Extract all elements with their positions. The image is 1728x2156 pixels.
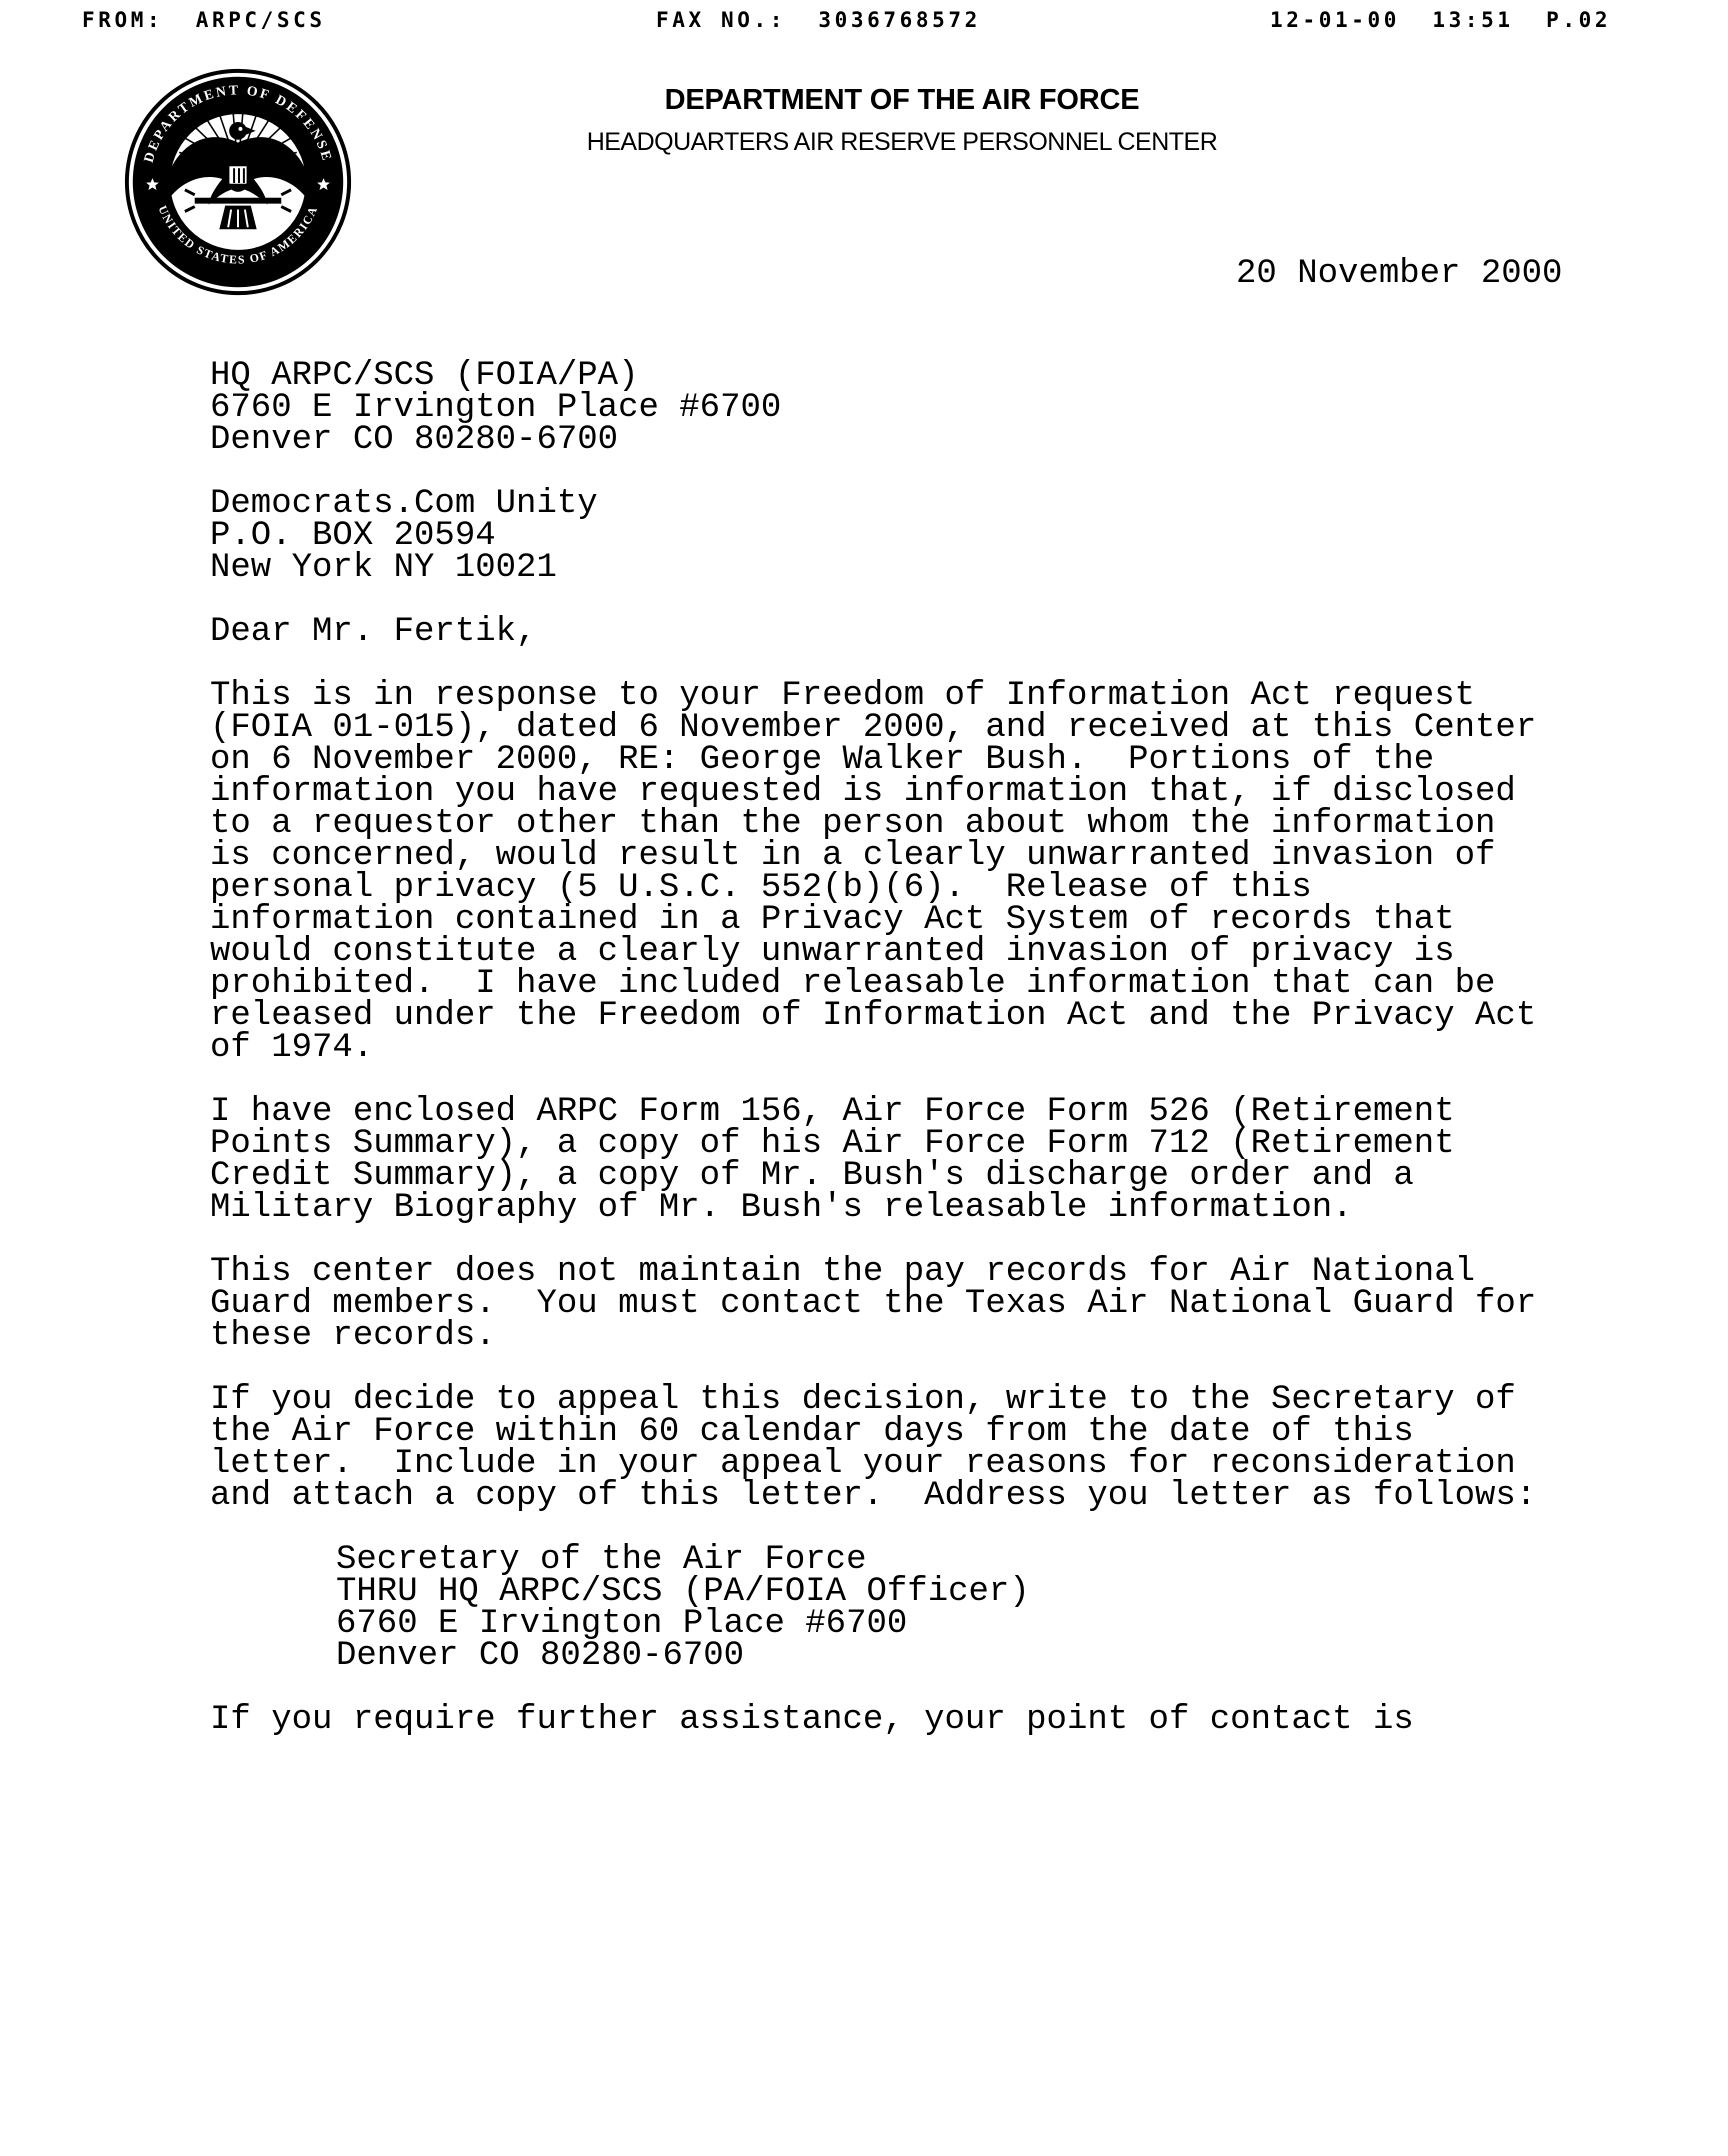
recipient-address-block: Democrats.Com Unity P.O. BOX 20594 New Y… xyxy=(210,488,1630,584)
closing-line: If you require further assistance, your … xyxy=(210,1704,1630,1736)
appeal-address-block: Secretary of the Air Force THRU HQ ARPC/… xyxy=(336,1544,1630,1672)
fax-from-label: FROM: ARPC/SCS xyxy=(82,8,326,32)
paragraph-4: If you decide to appeal this decision, w… xyxy=(210,1384,1630,1512)
letterhead-title: DEPARTMENT OF THE AIR FORCE xyxy=(76,84,1728,117)
letter-date: 20 November 2000 xyxy=(1236,258,1562,290)
sender-address-block: HQ ARPC/SCS (FOIA/PA) 6760 E Irvington P… xyxy=(210,360,1630,456)
letter-body: HQ ARPC/SCS (FOIA/PA) 6760 E Irvington P… xyxy=(210,360,1630,1768)
fax-page: FROM: ARPC/SCS FAX NO.: 3036768572 12-01… xyxy=(0,0,1728,2156)
fax-timestamp-label: 12-01-00 13:51 P.02 xyxy=(1270,8,1611,32)
paragraph-1: This is in response to your Freedom of I… xyxy=(210,680,1630,1064)
letterhead: DEPARTMENT OF THE AIR FORCE HEADQUARTERS… xyxy=(76,84,1728,157)
letterhead-subtitle: HEADQUARTERS AIR RESERVE PERSONNEL CENTE… xyxy=(76,128,1728,157)
paragraph-3: This center does not maintain the pay re… xyxy=(210,1256,1630,1352)
salutation: Dear Mr. Fertik, xyxy=(210,616,1630,648)
fax-number-label: FAX NO.: 3036768572 xyxy=(656,8,981,32)
paragraph-2: I have enclosed ARPC Form 156, Air Force… xyxy=(210,1096,1630,1224)
